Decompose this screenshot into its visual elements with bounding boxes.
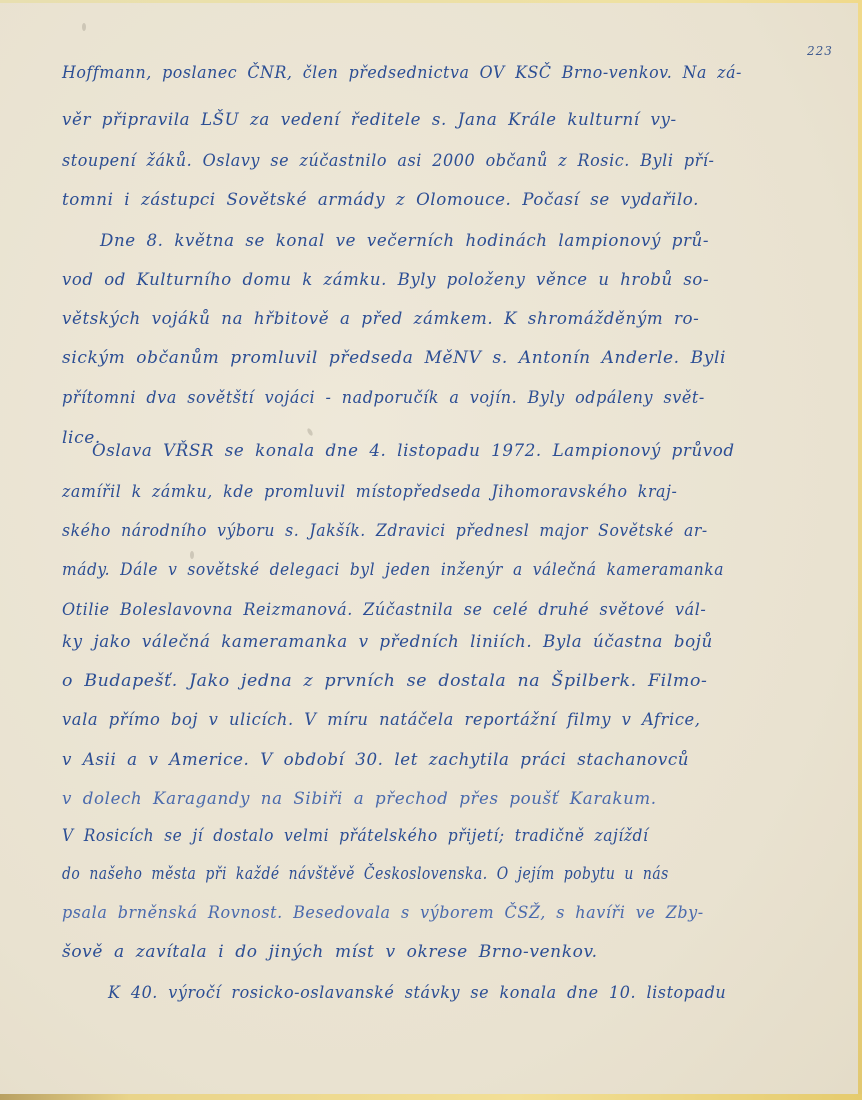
page-edge-right xyxy=(858,0,862,1100)
paper-blemish xyxy=(190,551,194,559)
text-line: Dne 8. května se konal ve večerních hodi… xyxy=(100,231,709,251)
text-line: vod od Kulturního domu k zámku. Byly pol… xyxy=(62,270,709,290)
text-line: v Asii a v Americe. V období 30. let zac… xyxy=(62,750,689,770)
text-line: ského národního výboru s. Jakšík. Zdravi… xyxy=(62,521,708,541)
page-edge-bottom xyxy=(0,1094,862,1100)
page-number: 223 xyxy=(807,44,833,58)
text-line: šově a zavítala i do jiných míst v okres… xyxy=(62,942,598,962)
paper-blemish xyxy=(82,23,86,31)
text-line: tomni i zástupci Sovětské armády z Olomo… xyxy=(62,190,699,210)
text-line: Hoffmann, poslanec ČNR, člen předsednict… xyxy=(62,63,742,83)
text-line: Otilie Boleslavovna Reizmanová. Zúčastni… xyxy=(62,600,706,620)
text-line: do našeho města při každé návštěvě Česko… xyxy=(62,864,669,884)
text-line: větských vojáků na hřbitově a před zámke… xyxy=(62,309,699,329)
text-line: stoupení žáků. Oslavy se zúčastnilo asi … xyxy=(62,151,714,171)
text-line: vala přímo boj v ulicích. V míru natáčel… xyxy=(62,710,701,730)
text-line: sickým občanům promluvil předseda MěNV s… xyxy=(62,348,726,368)
text-line: zamířil k zámku, kde promluvil místopřed… xyxy=(62,482,677,502)
text-line: psala brněnská Rovnost. Besedovala s výb… xyxy=(62,903,704,923)
text-line: v dolech Karagandy na Sibiři a přechod p… xyxy=(62,789,657,809)
text-line: K 40. výročí rosicko-oslavanské stávky s… xyxy=(108,983,726,1003)
text-line: Oslava VŘSR se konala dne 4. listopadu 1… xyxy=(92,441,735,461)
page-edge-top xyxy=(0,0,862,3)
text-line: V Rosicích se jí dostalo velmi přátelské… xyxy=(62,826,649,846)
text-line: ky jako válečná kameramanka v předních l… xyxy=(62,632,713,652)
text-line: o Budapešť. Jako jedna z prvních se dost… xyxy=(62,671,708,691)
text-line: věr připravila LŠU za vedení ředitele s.… xyxy=(62,110,677,130)
text-line: přítomni dva sovětští vojáci - nadporučí… xyxy=(62,388,705,408)
text-line: mády. Dále v sovětské delegaci byl jeden… xyxy=(62,560,724,580)
